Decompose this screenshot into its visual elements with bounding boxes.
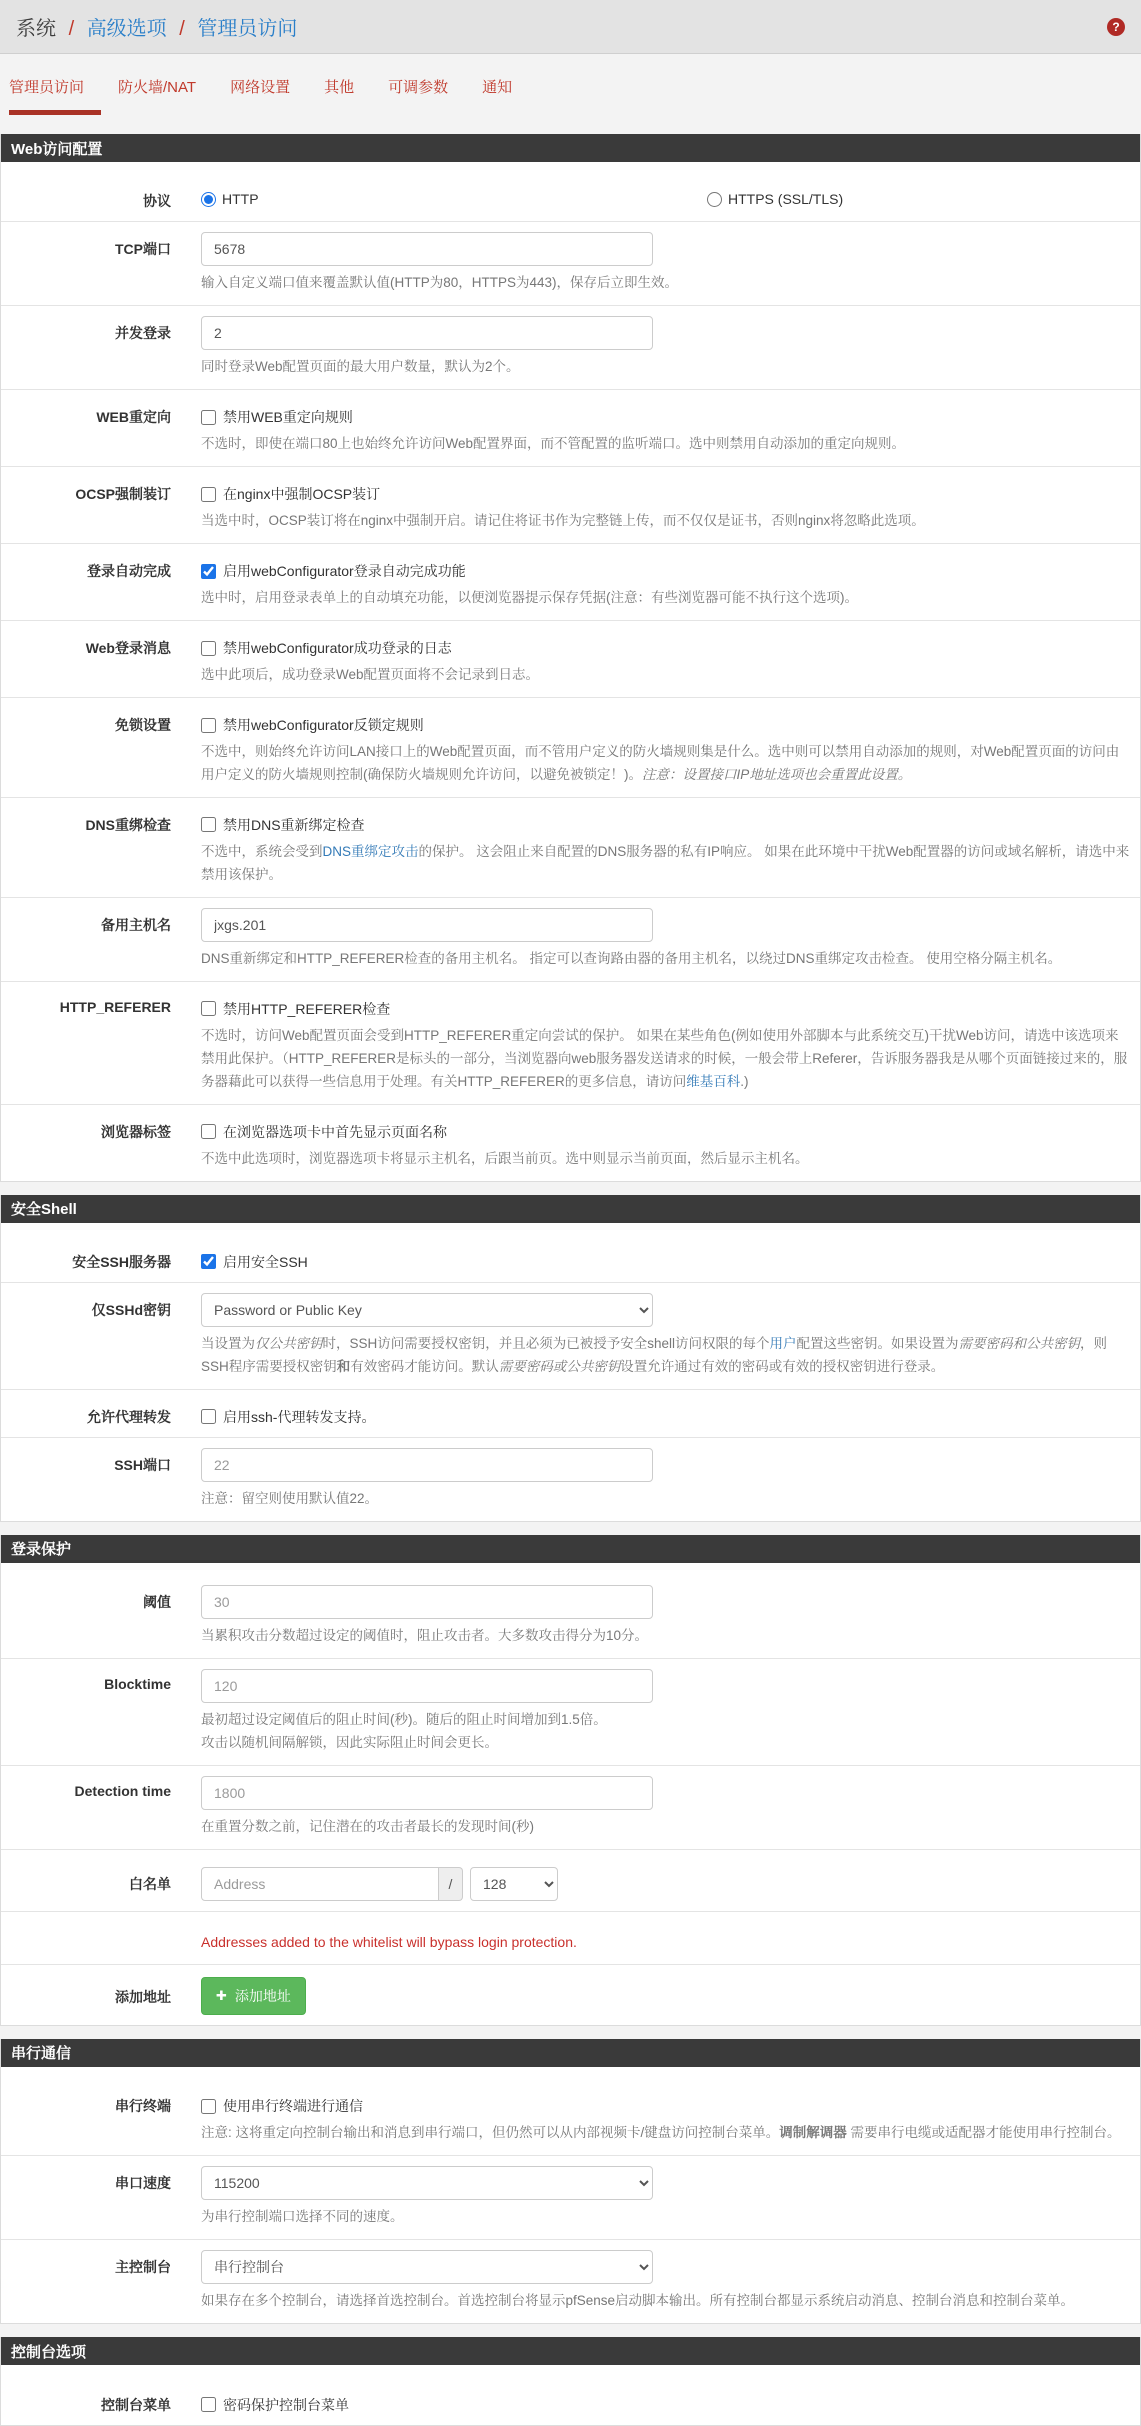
blocktime-help-line1: 最初超过设定阈值后的阻止时间(秒)。随后的阻止时间增加到1.5倍。 <box>201 1709 1132 1732</box>
ssh-enable-label: 安全SSH服务器 <box>1 1245 201 1272</box>
whitelist-warning-spacer <box>1 1922 201 1954</box>
detection-time-input[interactable] <box>201 1776 653 1810</box>
dns-rebind-row: DNS重绑检查 禁用DNS重新绑定检查 不选中，系统会受到DNS重绑定攻击的保护… <box>1 798 1140 898</box>
sshd-help-s8: 和 <box>337 1359 351 1374</box>
protocol-radio-group: HTTP HTTPS (SSL/TLS) <box>201 184 1132 207</box>
sshd-help-s3: 时，SSH访问需要授权密钥，并且必须为已被授予安全shell访问权限的每个 <box>323 1336 770 1351</box>
serial-terminal-row: 串行终端 使用串行终端进行通信 注意: 这将重定向控制台输出和消息到串行端口，但… <box>1 2079 1140 2156</box>
ssh-enable-checkbox-option[interactable]: 启用安全SSH <box>201 1245 308 1272</box>
ssh-port-input[interactable] <box>201 1448 653 1482</box>
sshd-help-s2: 仅公共密钥 <box>255 1336 323 1351</box>
http-referer-label: HTTP_REFERER <box>1 992 201 1094</box>
http-referer-checkbox-label: 禁用HTTP_REFERER检查 <box>223 999 390 1019</box>
tab-miscellaneous[interactable]: 其他 <box>324 76 371 115</box>
panel-web-access: Web访问配置 协议 HTTP HTTPS (SSL/TLS) TCP端口 <box>0 134 1141 1182</box>
protocol-https-radio[interactable] <box>707 192 722 207</box>
alt-hostnames-help: DNS重新绑定和HTTP_REFERER检查的备用主机名。 指定可以查询路由器的… <box>201 948 1132 971</box>
web-redirect-checkbox[interactable] <box>201 410 216 425</box>
browser-tab-checkbox-option[interactable]: 在浏览器选项卡中首先显示页面名称 <box>201 1115 447 1142</box>
ocsp-row: OCSP强制装订 在nginx中强制OCSP装订 当选中时，OCSP装订将在ng… <box>1 467 1140 544</box>
web-redirect-checkbox-label: 禁用WEB重定向规则 <box>223 407 353 427</box>
add-address-button[interactable]: ✚ 添加地址 <box>201 1977 306 2015</box>
login-messages-help: 选中此项后，成功登录Web配置页面将不会记录到日志。 <box>201 664 1132 687</box>
console-menu-checkbox-option[interactable]: 密码保护控制台菜单 <box>201 2388 349 2415</box>
dns-rebind-attack-link[interactable]: DNS重绑定攻击 <box>323 844 419 859</box>
blocktime-label: Blocktime <box>1 1669 201 1755</box>
ssh-enable-checkbox-label: 启用安全SSH <box>223 1252 308 1272</box>
dns-rebind-label: DNS重绑检查 <box>1 808 201 887</box>
blocktime-row: Blocktime 最初超过设定阈值后的阻止时间(秒)。随后的阻止时间增加到1.… <box>1 1659 1140 1766</box>
protocol-row: 协议 HTTP HTTPS (SSL/TLS) <box>1 174 1140 222</box>
slash-separator: / <box>439 1867 463 1901</box>
whitelist-warning-text: Addresses added to the whitelist will by… <box>201 1922 1132 1954</box>
login-autocomplete-row: 登录自动完成 启用webConfigurator登录自动完成功能 选中时，启用登… <box>1 544 1140 621</box>
breadcrumb-admin-access-link[interactable]: 管理员访问 <box>197 18 297 40</box>
whitelist-address-input[interactable] <box>201 1867 439 1901</box>
dns-rebind-help: 不选中，系统会受到DNS重绑定攻击的保护。 这会阻止来自配置的DNS服务器的私有… <box>201 841 1132 887</box>
primary-console-help: 如果存在多个控制台，请选择首选控制台。首选控制台将显示pfSense启动脚本输出… <box>201 2290 1132 2313</box>
serial-speed-row: 串口速度 115200 为串行控制端口选择不同的速度。 <box>1 2156 1140 2240</box>
dns-rebind-checkbox[interactable] <box>201 817 216 832</box>
max-login-help: 同时登录Web配置页面的最大用户数量，默认为2个。 <box>201 356 1132 379</box>
protocol-label: 协议 <box>1 184 201 211</box>
panel-title-web-access: Web访问配置 <box>1 134 1140 162</box>
tcp-port-row: TCP端口 输入自定义端口值来覆盖默认值(HTTP为80，HTTPS为443)，… <box>1 222 1140 306</box>
browser-tab-checkbox-label: 在浏览器选项卡中首先显示页面名称 <box>223 1122 447 1142</box>
threshold-row: 阈值 当累积攻击分数超过设定的阈值时，阻止攻击者。大多数攻击得分为10分。 <box>1 1575 1140 1659</box>
protocol-https-label: HTTPS (SSL/TLS) <box>728 191 843 207</box>
panel-title-console-options: 控制台选项 <box>1 2337 1140 2365</box>
agent-forwarding-checkbox-label: 启用ssh-代理转发支持。 <box>223 1407 375 1427</box>
panel-console-options: 控制台选项 控制台菜单 密码保护控制台菜单 <box>0 2337 1141 2425</box>
console-menu-label: 控制台菜单 <box>1 2388 201 2415</box>
ocsp-help: 当选中时，OCSP装订将在nginx中强制开启。请记住将证书作为完整链上传，而不… <box>201 510 1132 533</box>
wikipedia-link[interactable]: 维基百科 <box>686 1074 740 1089</box>
blocktime-input[interactable] <box>201 1669 653 1703</box>
tcp-port-help: 输入自定义端口值来覆盖默认值(HTTP为80，HTTPS为443)，保存后立即生… <box>201 272 1132 295</box>
serial-speed-select[interactable]: 115200 <box>201 2166 653 2200</box>
agent-forwarding-checkbox[interactable] <box>201 1409 216 1424</box>
ssh-enable-checkbox[interactable] <box>201 1254 216 1269</box>
panel-title-serial: 串行通信 <box>1 2039 1140 2067</box>
http-referer-checkbox-option[interactable]: 禁用HTTP_REFERER检查 <box>201 992 390 1019</box>
http-referer-help-pre: 不选时，访问Web配置页面会受到HTTP_REFERER重定向尝试的保护。 如果… <box>201 1028 1127 1089</box>
http-referer-help: 不选时，访问Web配置页面会受到HTTP_REFERER重定向尝试的保护。 如果… <box>201 1025 1132 1094</box>
panel-secure-shell: 安全Shell 安全SSH服务器 启用安全SSH 仅SSHd密钥 Passwor… <box>0 1195 1141 1522</box>
sshd-help-s1: 当设置为 <box>201 1336 255 1351</box>
sshd-help-s5: 配置这些密钥。如果设置为 <box>797 1336 959 1351</box>
whitelist-input-group: / 128 <box>201 1867 1132 1901</box>
tab-bar: 管理员访问 防火墙/NAT 网络设置 其他 可调参数 通知 <box>0 54 1141 115</box>
ssh-port-row: SSH端口 注意：留空则使用默认值22。 <box>1 1438 1140 1521</box>
breadcrumb-advanced-link[interactable]: 高级选项 <box>87 18 167 40</box>
anti-lockout-help: 不选中，则始终允许访问LAN接口上的Web配置页面，而不管用户定义的防火墙规则集… <box>201 741 1132 787</box>
detection-time-row: Detection time 在重置分数之前，记住潜在的攻击者最长的发现时间(秒… <box>1 1766 1140 1850</box>
alt-hostnames-row: 备用主机名 DNS重新绑定和HTTP_REFERER检查的备用主机名。 指定可以… <box>1 898 1140 982</box>
breadcrumb-separator: / <box>179 18 185 40</box>
detection-time-help: 在重置分数之前，记住潜在的攻击者最长的发现时间(秒) <box>201 1816 1132 1839</box>
browser-tab-checkbox[interactable] <box>201 1124 216 1139</box>
tab-notifications[interactable]: 通知 <box>482 76 529 115</box>
serial-terminal-checkbox[interactable] <box>201 2099 216 2114</box>
tab-admin-access[interactable]: 管理员访问 <box>9 76 101 115</box>
login-messages-checkbox-option[interactable]: 禁用webConfigurator成功登录的日志 <box>201 631 452 658</box>
sshd-help-s9: 有效密码才能访问。默认 <box>350 1359 499 1374</box>
primary-console-row: 主控制台 串行控制台 如果存在多个控制台，请选择首选控制台。首选控制台将显示pf… <box>1 2240 1140 2323</box>
sshd-help-s11: 设置允许通过有效的密码或有效的授权密钥进行登录。 <box>620 1359 944 1374</box>
ocsp-checkbox[interactable] <box>201 487 216 502</box>
sshd-key-only-help: 当设置为仅公共密钥时，SSH访问需要授权密钥，并且必须为已被授予安全shell访… <box>201 1333 1132 1379</box>
login-autocomplete-help: 选中时，启用登录表单上的自动填充功能，以便浏览器提示保存凭据(注意：有些浏览器可… <box>201 587 1132 610</box>
sshd-help-s6: 需要密码和公共密钥 <box>959 1336 1081 1351</box>
browser-tab-label: 浏览器标签 <box>1 1115 201 1171</box>
serial-terminal-help-post: 需要串行电缆或适配器才能使用串行控制台。 <box>847 2125 1121 2140</box>
panel-title-secure-shell: 安全Shell <box>1 1195 1140 1223</box>
serial-speed-help: 为串行控制端口选择不同的速度。 <box>201 2206 1132 2229</box>
agent-forwarding-row: 允许代理转发 启用ssh-代理转发支持。 <box>1 1390 1140 1438</box>
ssh-port-label: SSH端口 <box>1 1448 201 1511</box>
serial-terminal-help-bold: 调制解调器 <box>779 2125 847 2140</box>
users-link[interactable]: 用户 <box>770 1336 797 1351</box>
whitelist-label: 白名单 <box>1 1860 201 1901</box>
console-menu-checkbox-label: 密码保护控制台菜单 <box>223 2395 349 2415</box>
add-address-label: 添加地址 <box>1 1975 201 2015</box>
login-messages-checkbox[interactable] <box>201 641 216 656</box>
tab-tunables[interactable]: 可调参数 <box>388 76 465 115</box>
tab-networking[interactable]: 网络设置 <box>230 76 307 115</box>
console-menu-checkbox[interactable] <box>201 2397 216 2412</box>
add-address-button-label: 添加地址 <box>235 1986 291 2006</box>
tab-firewall-nat[interactable]: 防火墙/NAT <box>118 76 213 115</box>
dns-rebind-checkbox-label: 禁用DNS重新绑定检查 <box>223 815 365 835</box>
anti-lockout-checkbox-option[interactable]: 禁用webConfigurator反锁定规则 <box>201 708 424 735</box>
login-autocomplete-checkbox-option[interactable]: 启用webConfigurator登录自动完成功能 <box>201 554 466 581</box>
anti-lockout-label: 免锁设置 <box>1 708 201 787</box>
tcp-port-label: TCP端口 <box>1 232 201 295</box>
console-menu-row: 控制台菜单 密码保护控制台菜单 <box>1 2378 1140 2425</box>
ocsp-checkbox-label: 在nginx中强制OCSP装订 <box>223 484 380 504</box>
whitelist-mask-select[interactable]: 128 <box>470 1867 558 1901</box>
primary-console-select[interactable]: 串行控制台 <box>201 2250 653 2284</box>
whitelist-row: 白名单 / 128 <box>1 1850 1140 1912</box>
breadcrumb: 系统 / 高级选项 / 管理员访问 <box>16 12 297 41</box>
sshd-help-s10: 需要密码或公共密钥 <box>499 1359 621 1374</box>
ssh-port-help: 注意：留空则使用默认值22。 <box>201 1488 1132 1511</box>
anti-lockout-checkbox-label: 禁用webConfigurator反锁定规则 <box>223 715 424 735</box>
panel-login-protection: 登录保护 阈值 当累积攻击分数超过设定的阈值时，阻止攻击者。大多数攻击得分为10… <box>0 1535 1141 2026</box>
threshold-label: 阈值 <box>1 1585 201 1648</box>
login-autocomplete-checkbox-label: 启用webConfigurator登录自动完成功能 <box>223 561 466 581</box>
login-messages-label: Web登录消息 <box>1 631 201 687</box>
blocktime-help: 最初超过设定阈值后的阻止时间(秒)。随后的阻止时间增加到1.5倍。攻击以随机间隔… <box>201 1709 1132 1755</box>
breadcrumb-bar: 系统 / 高级选项 / 管理员访问 ? <box>0 0 1141 54</box>
serial-terminal-checkbox-option[interactable]: 使用串行终端进行通信 <box>201 2089 363 2116</box>
protocol-https-option[interactable]: HTTPS (SSL/TLS) <box>707 191 843 207</box>
anti-lockout-help-note: 注意：设置接口IP地址选项也会重置此设置。 <box>642 767 911 782</box>
login-autocomplete-label: 登录自动完成 <box>1 554 201 610</box>
serial-terminal-help: 注意: 这将重定向控制台输出和消息到串行端口，但仍然可以从内部视频卡/键盘访问控… <box>201 2122 1132 2145</box>
ocsp-label: OCSP强制装订 <box>1 477 201 533</box>
ocsp-checkbox-option[interactable]: 在nginx中强制OCSP装订 <box>201 477 380 504</box>
anti-lockout-checkbox[interactable] <box>201 718 216 733</box>
serial-terminal-help-pre: 注意: 这将重定向控制台输出和消息到串行端口，但仍然可以从内部视频卡/键盘访问控… <box>201 2125 779 2140</box>
blocktime-help-line2: 攻击以随机间隔解锁，因此实际阻止时间会更长。 <box>201 1732 1132 1755</box>
ssh-enable-row: 安全SSH服务器 启用安全SSH <box>1 1235 1140 1283</box>
login-autocomplete-checkbox[interactable] <box>201 564 216 579</box>
protocol-http-radio[interactable] <box>201 192 216 207</box>
threshold-input[interactable] <box>201 1585 653 1619</box>
protocol-http-option[interactable]: HTTP <box>201 191 707 207</box>
web-redirect-label: WEB重定向 <box>1 400 201 456</box>
agent-forwarding-label: 允许代理转发 <box>1 1400 201 1427</box>
sshd-key-only-row: 仅SSHd密钥 Password or Public Key 当设置为仅公共密钥… <box>1 1283 1140 1390</box>
dns-rebind-checkbox-option[interactable]: 禁用DNS重新绑定检查 <box>201 808 365 835</box>
panel-serial-communications: 串行通信 串行终端 使用串行终端进行通信 注意: 这将重定向控制台输出和消息到串… <box>0 2039 1141 2324</box>
settings-form: Web访问配置 协议 HTTP HTTPS (SSL/TLS) TCP端口 <box>0 134 1141 2426</box>
add-address-row: 添加地址 ✚ 添加地址 <box>1 1965 1140 2025</box>
login-messages-checkbox-label: 禁用webConfigurator成功登录的日志 <box>223 638 452 658</box>
tcp-port-input[interactable] <box>201 232 653 266</box>
web-redirect-checkbox-option[interactable]: 禁用WEB重定向规则 <box>201 400 353 427</box>
detection-time-label: Detection time <box>1 1776 201 1839</box>
http-referer-checkbox[interactable] <box>201 1001 216 1016</box>
breadcrumb-system: 系统 <box>16 18 56 40</box>
max-login-input[interactable] <box>201 316 653 350</box>
serial-terminal-checkbox-label: 使用串行终端进行通信 <box>223 2096 363 2116</box>
breadcrumb-separator: / <box>69 18 75 40</box>
plus-icon: ✚ <box>216 1989 227 2002</box>
primary-console-label: 主控制台 <box>1 2250 201 2313</box>
serial-terminal-label: 串行终端 <box>1 2089 201 2145</box>
threshold-help: 当累积攻击分数超过设定的阈值时，阻止攻击者。大多数攻击得分为10分。 <box>201 1625 1132 1648</box>
alt-hostnames-label: 备用主机名 <box>1 908 201 971</box>
whitelist-warning-row: Addresses added to the whitelist will by… <box>1 1912 1140 1965</box>
panel-title-login-protection: 登录保护 <box>1 1535 1140 1563</box>
protocol-http-label: HTTP <box>222 191 259 207</box>
web-redirect-help: 不选时，即使在端口80上也始终允许访问Web配置界面，而不管配置的监听端口。选中… <box>201 433 1132 456</box>
web-redirect-row: WEB重定向 禁用WEB重定向规则 不选时，即使在端口80上也始终允许访问Web… <box>1 390 1140 467</box>
sshd-key-only-label: 仅SSHd密钥 <box>1 1293 201 1379</box>
http-referer-row: HTTP_REFERER 禁用HTTP_REFERER检查 不选时，访问Web配… <box>1 982 1140 1105</box>
dns-rebind-help-pre: 不选中，系统会受到 <box>201 844 323 859</box>
max-login-row: 并发登录 同时登录Web配置页面的最大用户数量，默认为2个。 <box>1 306 1140 390</box>
help-icon[interactable]: ? <box>1107 18 1125 36</box>
browser-tab-row: 浏览器标签 在浏览器选项卡中首先显示页面名称 不选中此选项时，浏览器选项卡将显示… <box>1 1105 1140 1181</box>
agent-forwarding-checkbox-option[interactable]: 启用ssh-代理转发支持。 <box>201 1400 375 1427</box>
anti-lockout-row: 免锁设置 禁用webConfigurator反锁定规则 不选中，则始终允许访问L… <box>1 698 1140 798</box>
alt-hostnames-input[interactable] <box>201 908 653 942</box>
login-messages-row: Web登录消息 禁用webConfigurator成功登录的日志 选中此项后，成… <box>1 621 1140 698</box>
browser-tab-help: 不选中此选项时，浏览器选项卡将显示主机名，后跟当前页。选中则显示当前页面，然后显… <box>201 1148 1132 1171</box>
max-login-label: 并发登录 <box>1 316 201 379</box>
http-referer-help-post: .) <box>740 1074 748 1089</box>
serial-speed-label: 串口速度 <box>1 2166 201 2229</box>
sshd-key-only-select[interactable]: Password or Public Key <box>201 1293 653 1327</box>
